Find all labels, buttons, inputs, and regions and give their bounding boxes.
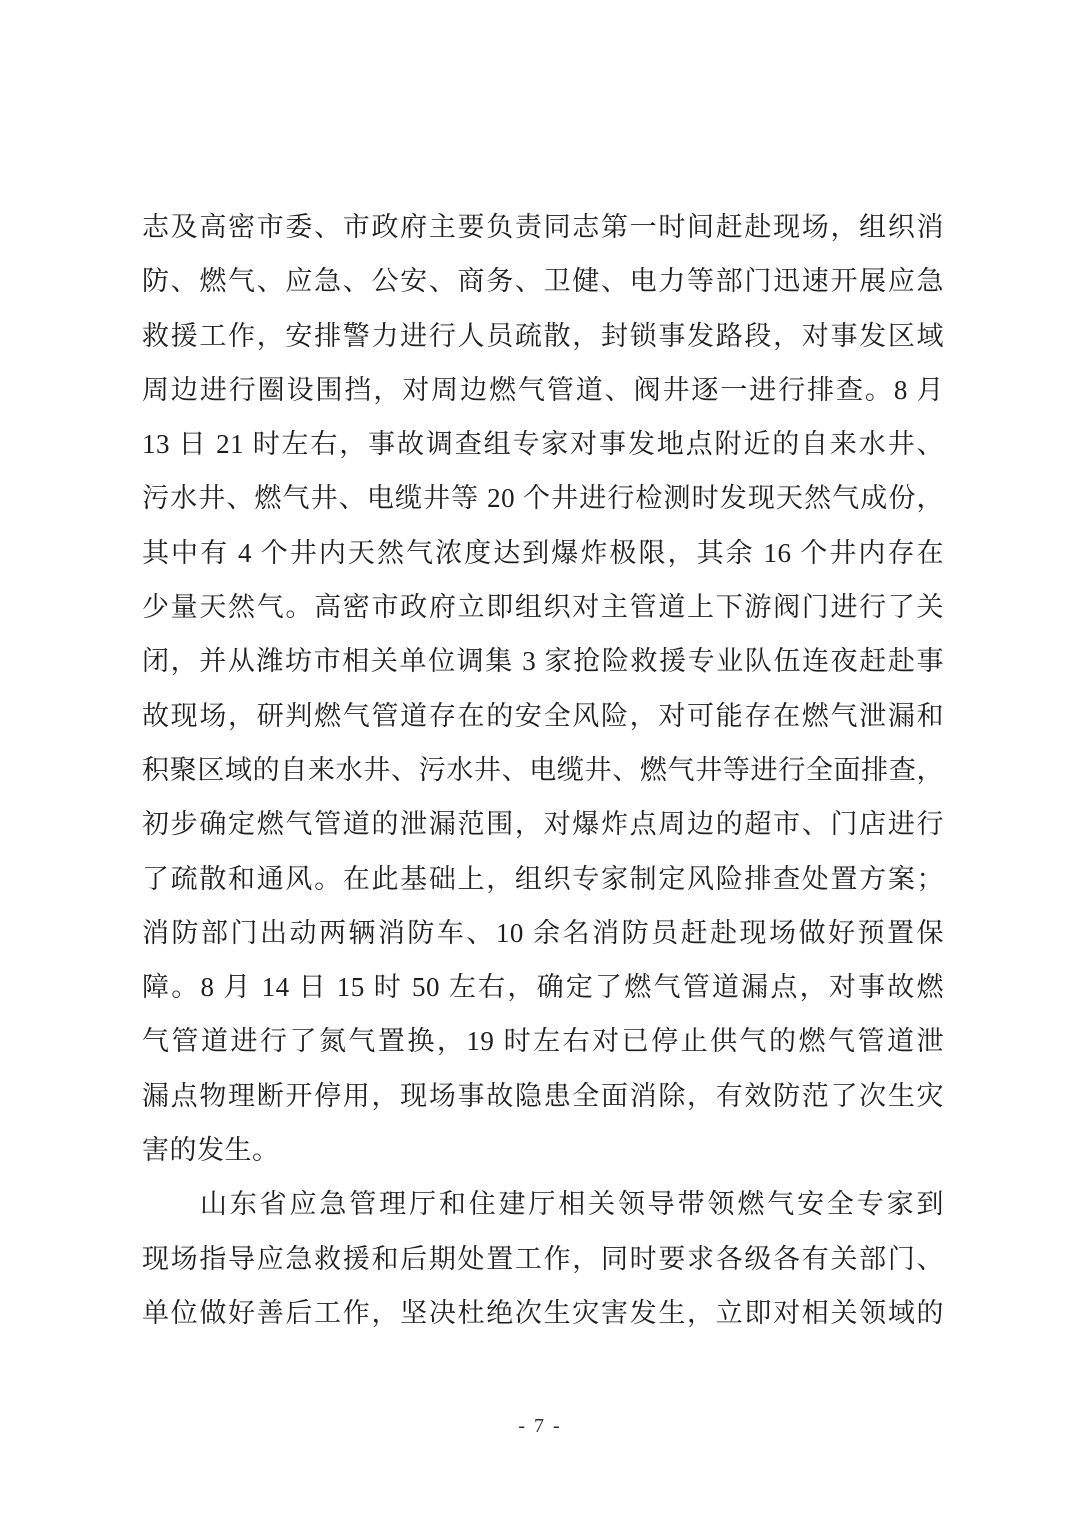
text-line: 救援工作，安排警力进行人员疏散，封锁事发路段，对事发区域 <box>142 309 944 363</box>
text-line: 单位做好善后工作，坚决杜绝次生灾害发生，立即对相关领域的 <box>142 1286 944 1340</box>
text-line-paragraph-start: 山东省应急管理厅和住建厅相关领导带领燃气安全专家到 <box>142 1177 944 1231</box>
text-line: 志及高密市委、市政府主要负责同志第一时间赶赴现场，组织消 <box>142 200 944 254</box>
text-line: 障。8 月 14 日 15 时 50 左右，确定了燃气管道漏点，对事故燃 <box>142 960 944 1014</box>
text-line: 现场指导应急救援和后期处置工作，同时要求各级各有关部门、 <box>142 1232 944 1286</box>
text-line: 漏点物理断开停用，现场事故隐患全面消除，有效防范了次生灾 <box>142 1069 944 1123</box>
body-text: 志及高密市委、市政府主要负责同志第一时间赶赴现场，组织消 防、燃气、应急、公安、… <box>142 200 944 1340</box>
text-line: 初步确定燃气管道的泄漏范围，对爆炸点周边的超市、门店进行 <box>142 797 944 851</box>
text-line: 13 日 21 时左右，事故调查组专家对事发地点附近的自来水井、 <box>142 417 944 471</box>
text-line: 故现场，研判燃气管道存在的安全风险，对可能存在燃气泄漏和 <box>142 689 944 743</box>
text-line: 气管道进行了氮气置换，19 时左右对已停止供气的燃气管道泄 <box>142 1014 944 1068</box>
text-line: 闭，并从潍坊市相关单位调集 3 家抢险救援专业队伍连夜赶赴事 <box>142 634 944 688</box>
page-number: - 7 - <box>0 1412 1080 1440</box>
text-line: 了疏散和通风。在此基础上，组织专家制定风险排查处置方案； <box>142 852 944 906</box>
text-line: 少量天然气。高密市政府立即组织对主管道上下游阀门进行了关 <box>142 580 944 634</box>
document-page: 志及高密市委、市政府主要负责同志第一时间赶赴现场，组织消 防、燃气、应急、公安、… <box>0 0 1080 1527</box>
text-line: 防、燃气、应急、公安、商务、卫健、电力等部门迅速开展应急 <box>142 254 944 308</box>
text-line: 污水井、燃气井、电缆井等 20 个井进行检测时发现天然气成份， <box>142 471 944 525</box>
text-line-paragraph-end: 害的发生。 <box>142 1123 944 1177</box>
text-line: 其中有 4 个井内天然气浓度达到爆炸极限，其余 16 个井内存在 <box>142 526 944 580</box>
text-line: 消防部门出动两辆消防车、10 余名消防员赶赴现场做好预置保 <box>142 906 944 960</box>
text-line: 积聚区域的自来水井、污水井、电缆井、燃气井等进行全面排查， <box>142 743 944 797</box>
text-line: 周边进行圈设围挡，对周边燃气管道、阀井逐一进行排查。8 月 <box>142 363 944 417</box>
